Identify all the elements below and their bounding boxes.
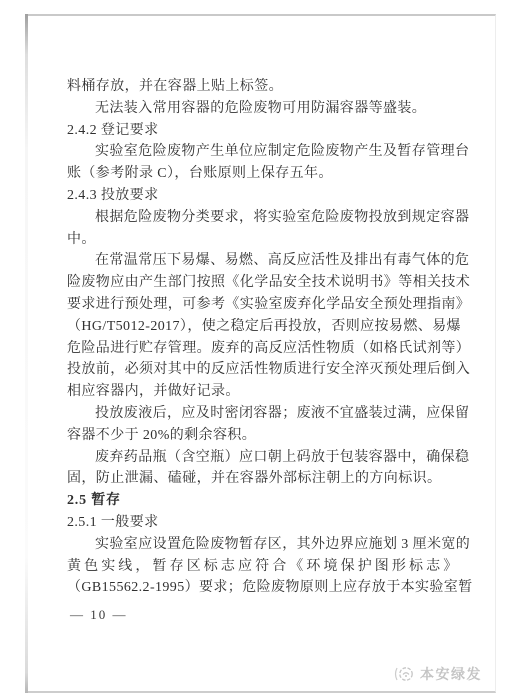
brand-watermark: 本安绿发 (393, 664, 482, 684)
doc-line: 危险品进行贮存管理。废弃的高反应活性物质（如格氏试剂等） (67, 338, 459, 360)
doc-line: 实验室危险废物产生单位应制定危险废物产生及暂存管理台 (67, 141, 459, 163)
doc-line: 中。 (67, 229, 459, 251)
doc-line: 在常温常压下易爆、易燃、高反应活性及排出有毒气体的危 (67, 250, 459, 272)
doc-line: 实验室应设置危险废物暂存区，其外边界应施划 3 厘米宽的 (67, 534, 459, 556)
doc-line: 账（参考附录 C），台账原则上保存五年。 (67, 163, 459, 185)
doc-line: 相应容器内，并做好记录。 (67, 381, 459, 403)
doc-line: 要求进行预处理，可参考《实验室废弃化学品安全预处理指南》 (67, 294, 459, 316)
doc-line: 险废物应由产生部门按照《化学品安全技术说明书》等相关技术 (67, 272, 459, 294)
heading-2-5: 2.5 暂存 (67, 490, 459, 512)
doc-line: 黄色实线，暂存区标志应符合《环境保护图形标志》 (67, 556, 459, 578)
document-body: 料桶存放，并在容器上贴上标签。 无法装入常用容器的危险废物可用防漏容器等盛装。 … (67, 76, 459, 599)
page-number: — 10 — (70, 607, 128, 623)
doc-line: 根据危险废物分类要求，将实验室危险废物投放到规定容器 (67, 207, 459, 229)
brand-watermark-label: 本安绿发 (420, 664, 482, 684)
doc-line: 废弃药品瓶（含空瓶）应口朝上码放于包装容器中，确保稳 (67, 447, 459, 469)
doc-line: 固，防止泄漏、磕碰，并在容器外部标注朝上的方向标识。 (67, 468, 459, 490)
doc-line: 投放前，必须对其中的反应活性物质进行安全淬灭预处理后倒入 (67, 359, 459, 381)
heading-2-4-3: 2.4.3 投放要求 (67, 185, 459, 207)
doc-line: （HG/T5012-2017），使之稳定后再投放，否则应按易燃、易爆 (67, 316, 459, 338)
brand-logo-icon (393, 665, 415, 683)
heading-2-5-1: 2.5.1 一般要求 (67, 512, 459, 534)
doc-line: 无法装入常用容器的危险废物可用防漏容器等盛装。 (67, 98, 459, 120)
document-page: 料桶存放，并在容器上贴上标签。 无法装入常用容器的危险废物可用防漏容器等盛装。 … (28, 14, 496, 693)
doc-line: 投放废液后，应及时密闭容器；废液不宜盛装过满，应保留 (67, 403, 459, 425)
doc-line: 料桶存放，并在容器上贴上标签。 (67, 76, 459, 98)
heading-2-4-2: 2.4.2 登记要求 (67, 120, 459, 142)
doc-line: （GB15562.2-1995）要求；危险废物原则上应存放于本实验室暂 (67, 577, 459, 599)
doc-line: 容器不少于 20%的剩余容积。 (67, 425, 459, 447)
